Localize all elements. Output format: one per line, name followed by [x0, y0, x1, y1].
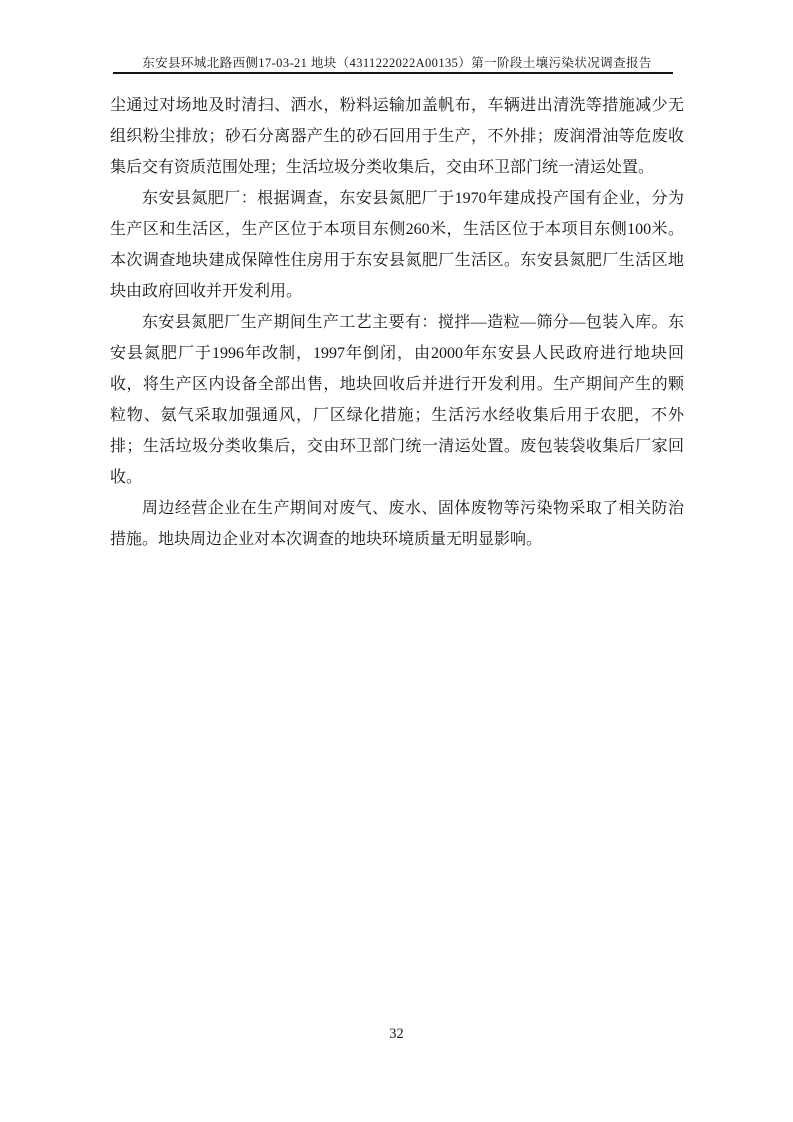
- header-rule: [113, 72, 673, 74]
- body-text: 尘通过对场地及时清扫、洒水，粉料运输加盖帆布，车辆进出清洗等措施减少无组织粉尘排…: [110, 90, 684, 555]
- paragraph: 周边经营企业在生产期间对废气、废水、固体废物等污染物采取了相关防治措施。地块周边…: [110, 493, 684, 555]
- paragraph: 东安县氮肥厂生产期间生产工艺主要有：搅拌—造粒—筛分—包装入库。东安县氮肥厂于1…: [110, 307, 684, 493]
- page-header-title: 东安县环城北路西侧17-03-21 地块（4311222022A00135）第一…: [110, 53, 684, 71]
- paragraph: 尘通过对场地及时清扫、洒水，粉料运输加盖帆布，车辆进出清洗等措施减少无组织粉尘排…: [110, 90, 684, 183]
- report-page: 东安县环城北路西侧17-03-21 地块（4311222022A00135）第一…: [0, 0, 793, 1122]
- page-number: 32: [0, 1026, 793, 1043]
- paragraph: 东安县氮肥厂：根据调查，东安县氮肥厂于1970年建成投产国有企业，分为生产区和生…: [110, 183, 684, 307]
